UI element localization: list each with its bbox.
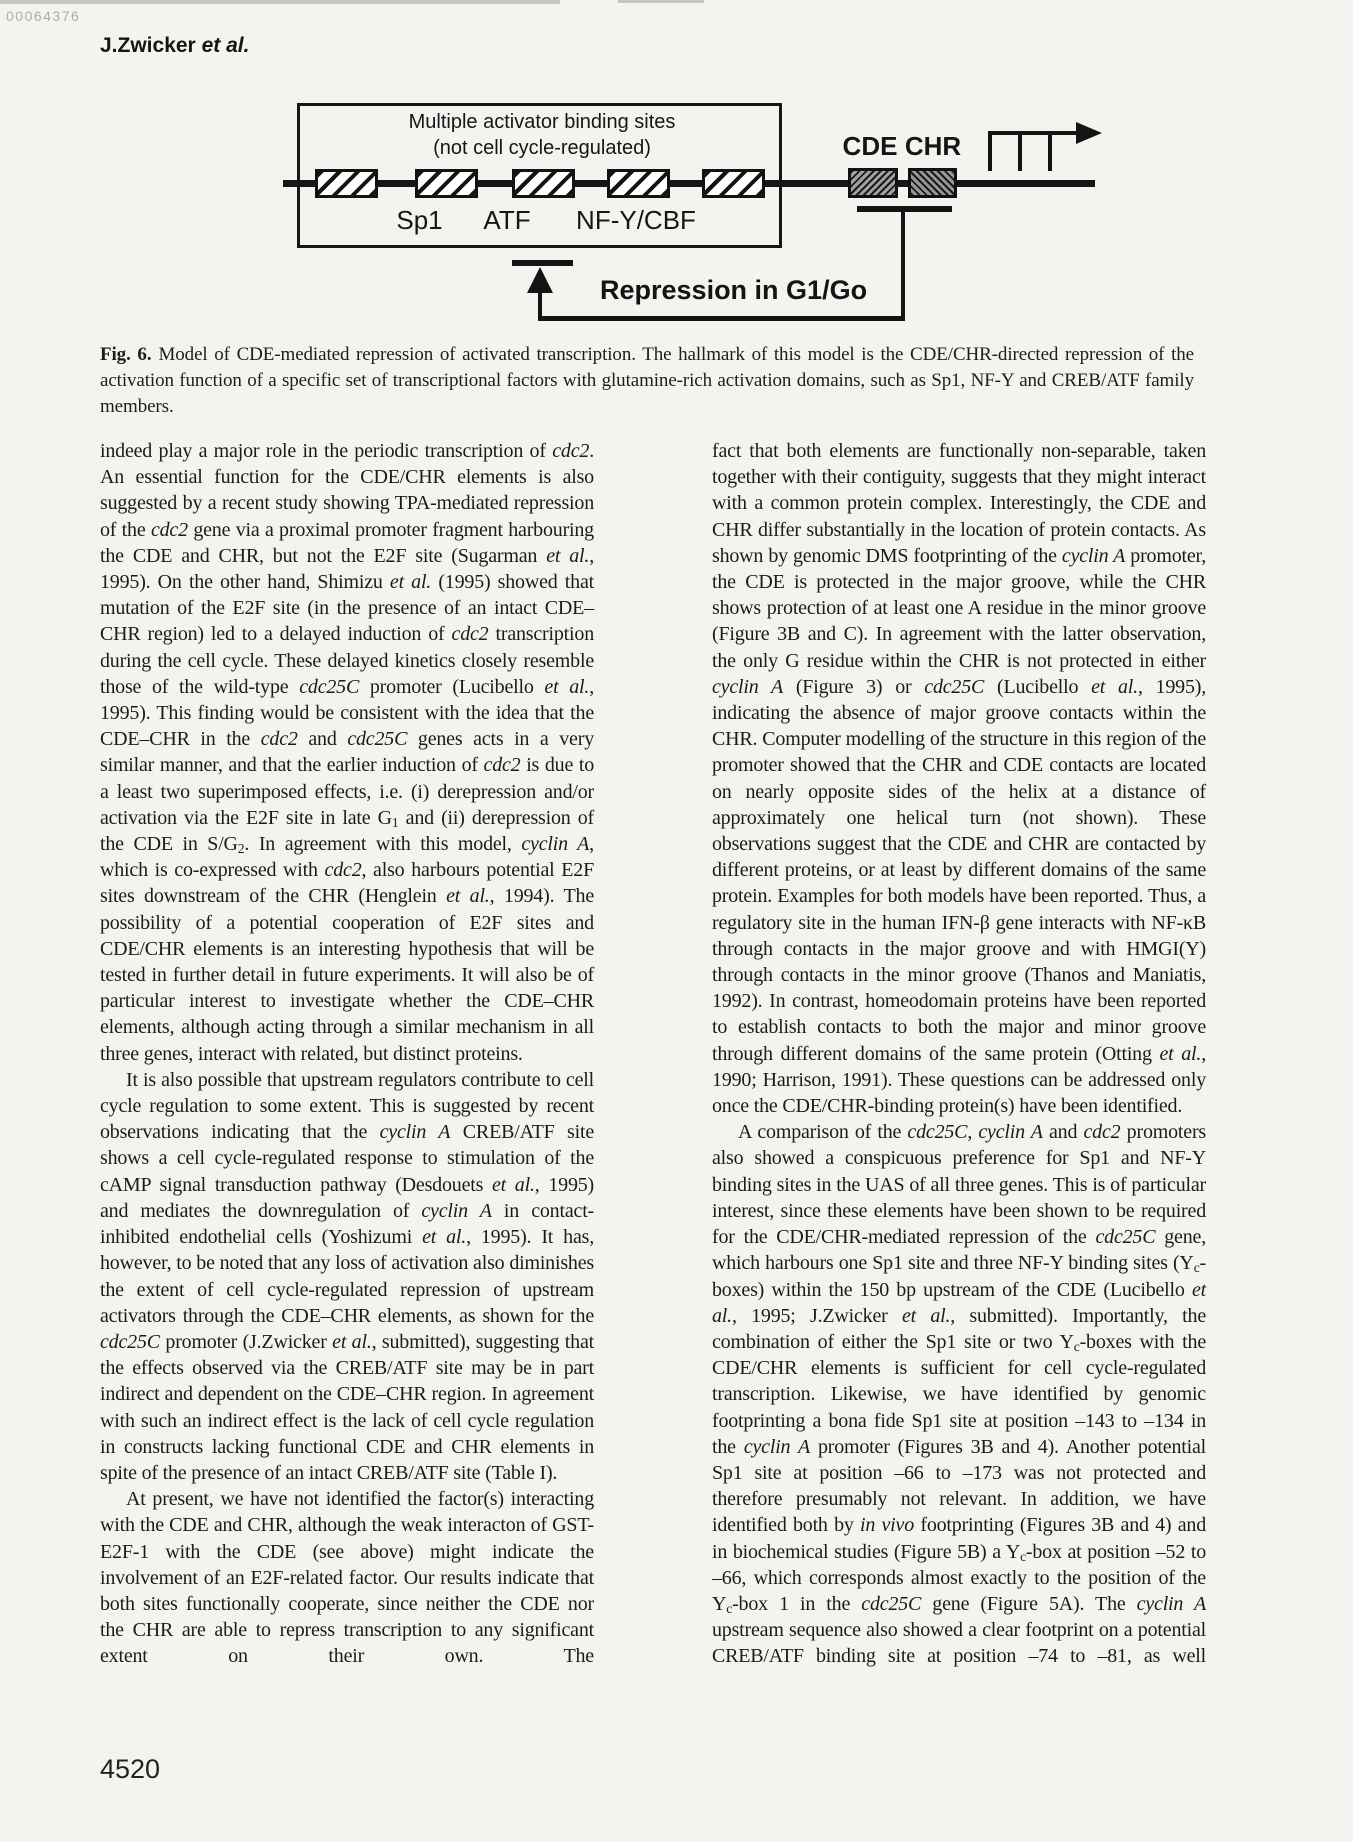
body-paragraph: indeed play a major role in the periodic… bbox=[100, 438, 594, 1067]
binding-site-box bbox=[512, 169, 575, 198]
transcription-arrowhead-icon bbox=[1076, 122, 1102, 144]
body-paragraph: A comparison of the cdc25C, cyclin A and… bbox=[712, 1119, 1206, 1669]
repression-arrowhead-icon bbox=[527, 267, 553, 293]
activator-box-title-line1: Multiple activator binding sites bbox=[307, 109, 777, 135]
scan-id-watermark: 00064376 bbox=[6, 8, 80, 24]
body-paragraph: It is also possible that upstream regula… bbox=[100, 1067, 594, 1486]
page-number: 4520 bbox=[100, 1754, 160, 1785]
activator-box-title: Multiple activator binding sites (not ce… bbox=[307, 109, 777, 161]
figure-caption-label: Fig. 6. bbox=[100, 344, 151, 365]
running-head: J.Zwicker et al. bbox=[100, 34, 249, 58]
binding-site-box bbox=[415, 169, 478, 198]
right-column: fact that both elements are functionally… bbox=[712, 438, 1206, 1670]
transcription-start-tick bbox=[988, 131, 992, 171]
binding-site-box bbox=[702, 169, 765, 198]
repression-path-horizontal bbox=[538, 316, 905, 321]
journal-page: 00064376 J.Zwicker et al. Multiple activ… bbox=[0, 0, 1353, 1842]
transcription-start-icon bbox=[988, 131, 1078, 135]
repression-target-bar bbox=[512, 260, 573, 266]
chr-label: CHR bbox=[904, 131, 962, 162]
scan-artifact bbox=[618, 0, 704, 3]
binding-site-box bbox=[607, 169, 670, 198]
atf-label: ATF bbox=[472, 205, 542, 236]
figure-6-diagram: Multiple activator binding sites (not ce… bbox=[230, 95, 1130, 332]
activator-box-title-line2: (not cell cycle-regulated) bbox=[307, 135, 777, 161]
cde-element-box bbox=[848, 168, 898, 198]
repression-arrow-shaft bbox=[538, 291, 542, 316]
body-paragraph: fact that both elements are functionally… bbox=[712, 438, 1206, 1119]
repression-label: Repression in G1/Go bbox=[600, 275, 867, 306]
binding-site-box bbox=[315, 169, 378, 198]
nfy-cbf-label: NF-Y/CBF bbox=[568, 205, 704, 236]
figure-caption: Fig. 6.Model of CDE-mediated repression … bbox=[100, 342, 1194, 420]
left-column: indeed play a major role in the periodic… bbox=[100, 438, 594, 1670]
transcription-start-tick bbox=[1018, 131, 1022, 171]
chr-element-box bbox=[908, 168, 957, 198]
sp1-label: Sp1 bbox=[382, 205, 457, 236]
scan-artifact bbox=[0, 0, 560, 4]
figure-caption-text: Model of CDE-mediated repression of acti… bbox=[100, 344, 1194, 417]
transcription-start-tick bbox=[1048, 131, 1052, 171]
body-paragraph: At present, we have not identified the f… bbox=[100, 1486, 594, 1669]
cde-label: CDE bbox=[842, 131, 898, 162]
repression-path-vertical bbox=[901, 212, 905, 316]
